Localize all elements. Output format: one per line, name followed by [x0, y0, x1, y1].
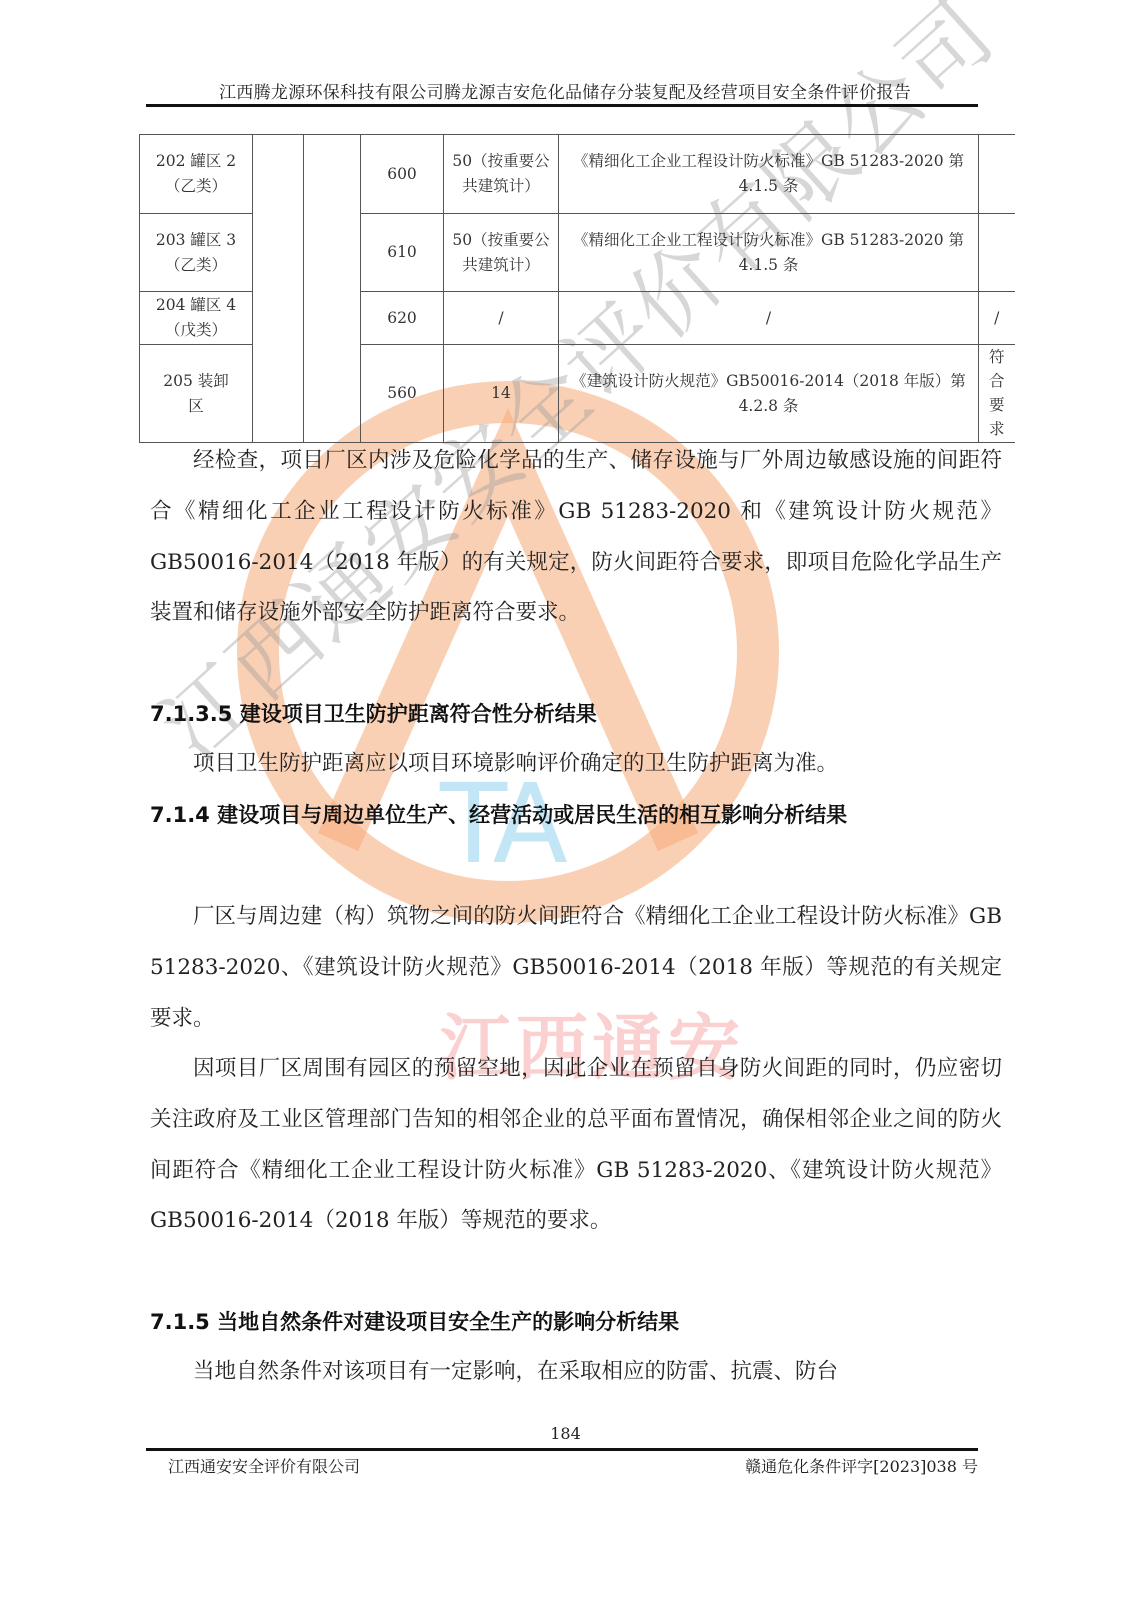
footer-divider — [146, 1448, 978, 1451]
facility-name-cell: 205 装卸区 — [140, 345, 253, 443]
actual-distance-cell: 560 — [361, 345, 444, 443]
result-cell: 符合要求 — [979, 345, 1015, 443]
merged-empty-cell — [304, 135, 361, 443]
table-row: 202 罐区 2（乙类） 600 50（按重要公共建筑计） 《精细化工企业工程设… — [140, 135, 1015, 214]
required-distance-cell: / — [444, 292, 559, 345]
basis-cell: 《精细化工企业工程设计防火标准》GB 51283-2020 第 4.1.5 条 — [559, 135, 979, 214]
required-distance-cell: 50（按重要公共建筑计） — [444, 135, 559, 214]
required-distance-cell: 14 — [444, 345, 559, 443]
section-heading-7-1-3-5: 7.1.3.5 建设项目卫生防护距离符合性分析结果 — [150, 689, 1002, 740]
page-number: 184 — [0, 1424, 1131, 1443]
paragraph-surrounding-buildings: 厂区与周边建（构）筑物之间的防火间距符合《精细化工企业工程设计防火标准》GB 5… — [150, 892, 1002, 1044]
facility-name-cell: 202 罐区 2（乙类） — [140, 135, 253, 214]
paragraph-health-distance: 项目卫生防护距离应以项目环境影响评价确定的卫生防护距离为准。 — [150, 739, 1002, 790]
required-distance-cell: 50（按重要公共建筑计） — [444, 214, 559, 292]
facility-name-cell: 203 罐区 3（乙类） — [140, 214, 253, 292]
paragraph-reserved-land: 因项目厂区周围有园区的预留空地，因此企业在预留自身防火间距的同时，仍应密切关注政… — [150, 1044, 1002, 1247]
paragraph-inspection-result: 经检查，项目厂区内涉及危险化学品的生产、储存设施与厂外周边敏感设施的间距符合《精… — [150, 436, 1002, 639]
basis-cell: / — [559, 292, 979, 345]
paragraph-natural-conditions: 当地自然条件对该项目有一定影响，在采取相应的防雷、抗震、防台 — [150, 1347, 1002, 1398]
header-divider — [146, 104, 978, 107]
result-cell: / — [979, 292, 1015, 345]
basis-cell: 《精细化工企业工程设计防火标准》GB 51283-2020 第 4.1.5 条 — [559, 214, 979, 292]
actual-distance-cell: 620 — [361, 292, 444, 345]
result-cell — [979, 214, 1015, 292]
section-heading-7-1-4: 7.1.4 建设项目与周边单位生产、经营活动或居民生活的相互影响分析结果 — [150, 790, 1002, 841]
footer-doc-number: 赣通危化条件评字[2023]038 号 — [745, 1454, 978, 1477]
footer-company: 江西通安安全评价有限公司 — [168, 1454, 360, 1477]
page-header-title: 江西腾龙源环保科技有限公司腾龙源吉安危化品储存分装复配及经营项目安全条件评价报告 — [150, 78, 980, 103]
fire-distance-table: 202 罐区 2（乙类） 600 50（按重要公共建筑计） 《精细化工企业工程设… — [139, 134, 1015, 443]
actual-distance-cell: 600 — [361, 135, 444, 214]
section-heading-7-1-5: 7.1.5 当地自然条件对建设项目安全生产的影响分析结果 — [150, 1297, 1002, 1348]
basis-cell: 《建筑设计防火规范》GB50016-2014（2018 年版）第 4.2.8 条 — [559, 345, 979, 443]
facility-name-cell: 204 罐区 4（戊类） — [140, 292, 253, 345]
actual-distance-cell: 610 — [361, 214, 444, 292]
result-cell — [979, 135, 1015, 214]
merged-empty-cell — [253, 135, 304, 443]
